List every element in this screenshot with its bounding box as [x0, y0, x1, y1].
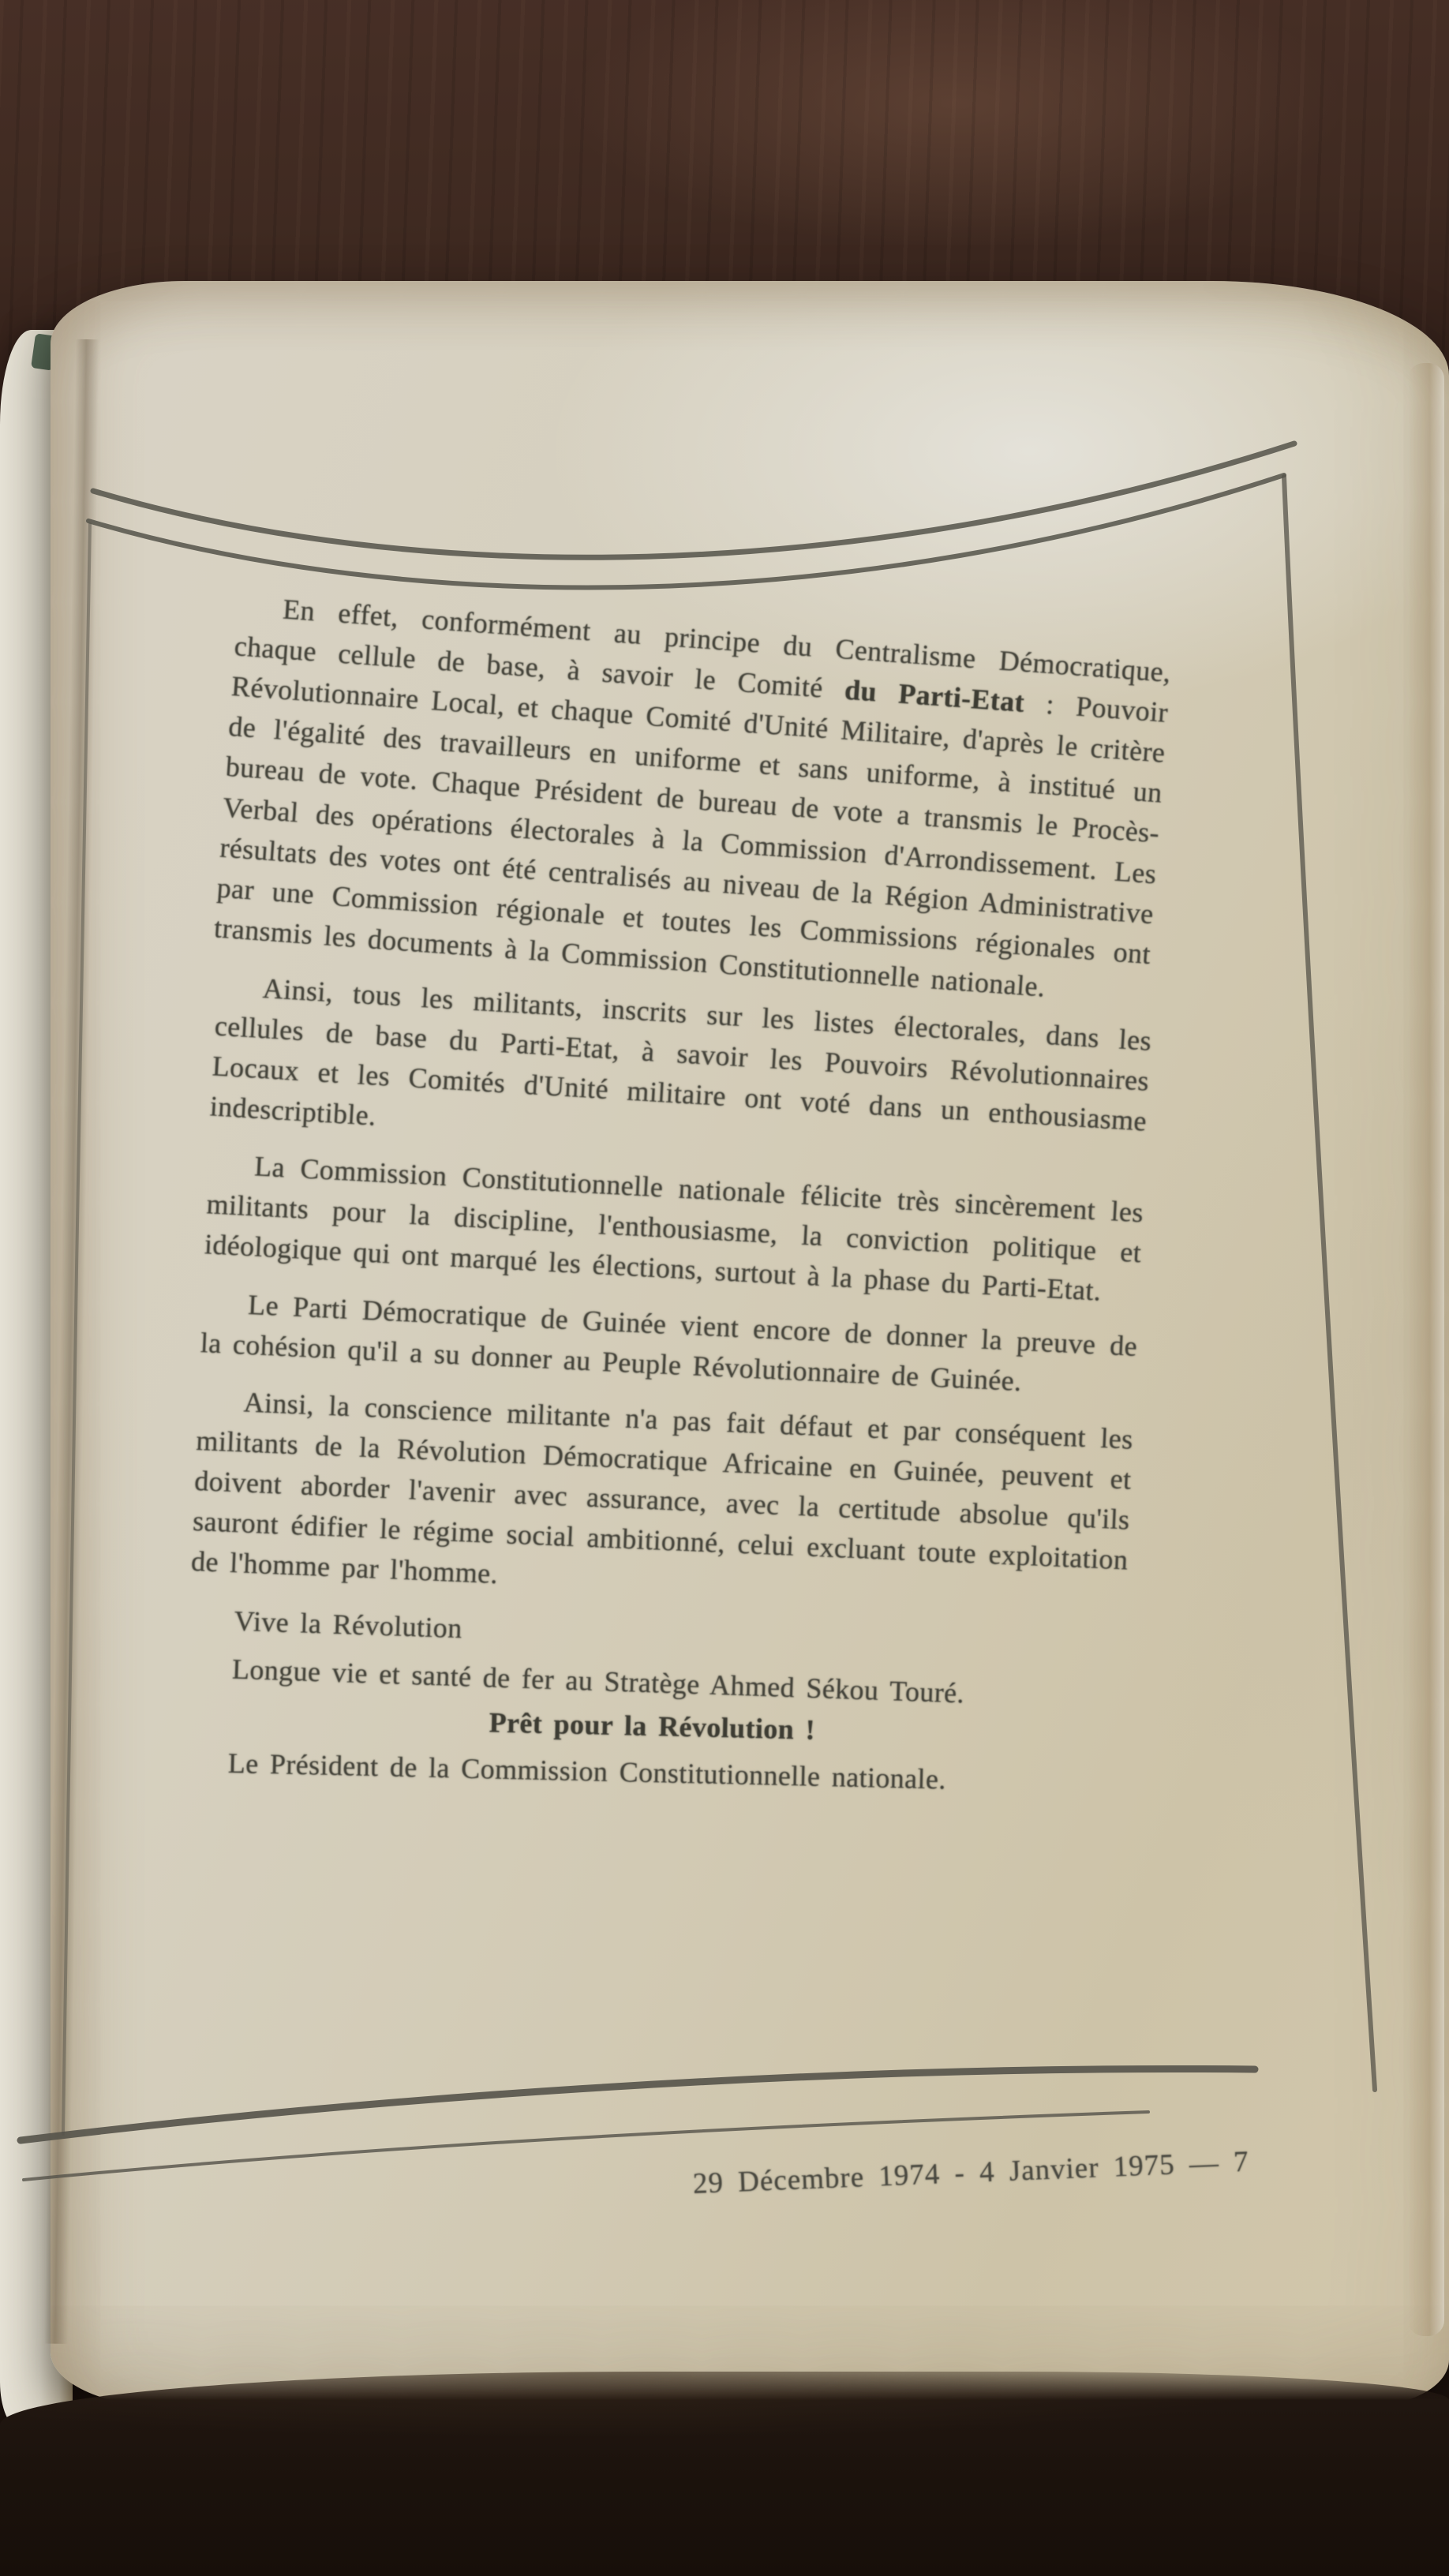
- paragraph-1-bold-parti-etat: du Parti-Etat: [844, 674, 1026, 718]
- paragraph-5: Ainsi, la conscience militante n'a pas f…: [190, 1380, 1134, 1621]
- photo-of-open-book: En effet, conformément au principe du Ce…: [0, 0, 1449, 2576]
- bottom-shadow: [0, 2372, 1449, 2576]
- paragraph-1: En effet, conformément au principe du Ce…: [213, 586, 1173, 1015]
- page-text: En effet, conformément au principe du Ce…: [181, 586, 1169, 1831]
- paragraph-1-run-3: : Pouvoir Révolutionnaire Local, et chaq…: [213, 670, 1169, 1002]
- page-edge-curl: [1408, 363, 1444, 2336]
